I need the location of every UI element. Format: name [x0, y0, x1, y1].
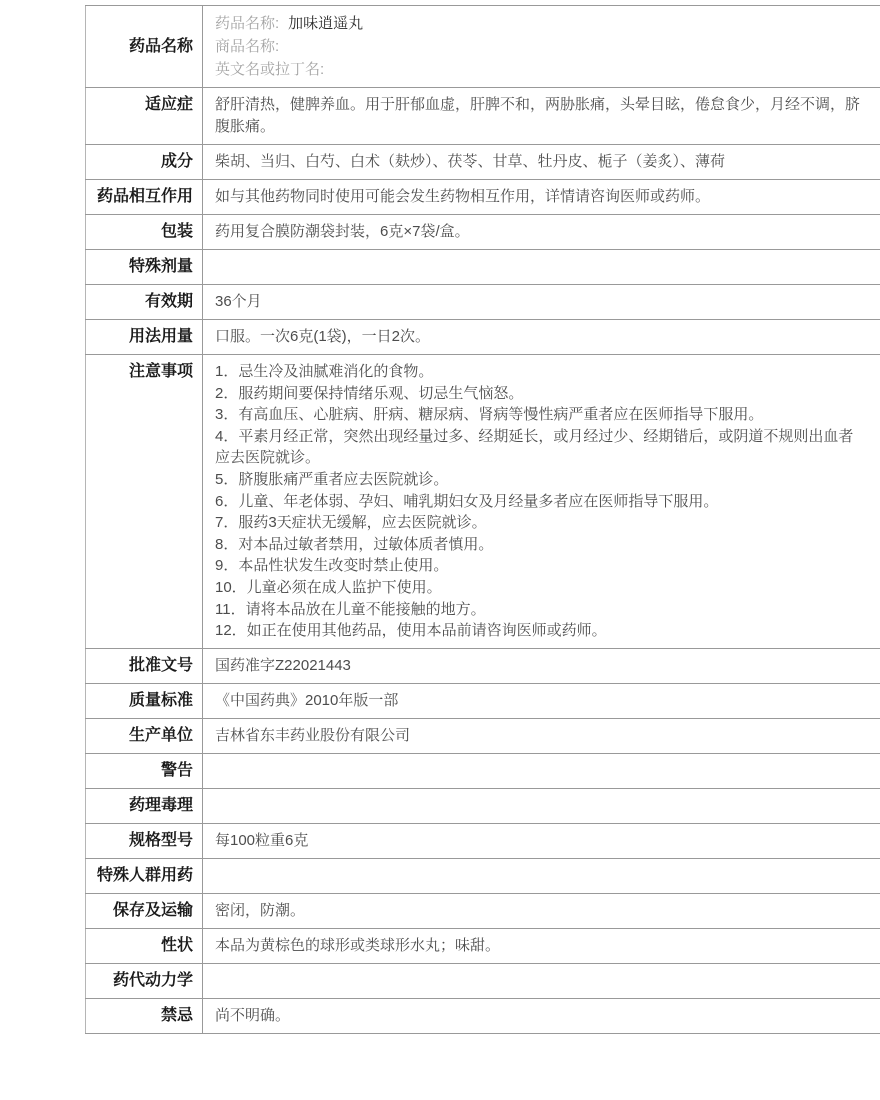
row-value: 药用复合膜防潮袋封装，6克×7袋/盒。 — [203, 215, 880, 250]
field-label: 药品名称: — [215, 15, 279, 32]
drug-info-table: 药品名称药品名称:加味逍遥丸商品名称:英文名或拉丁名:适应症舒肝清热，健脾养血。… — [85, 5, 880, 1034]
table-row: 特殊剂量 — [86, 250, 880, 285]
row-label: 药理毒理 — [86, 788, 203, 823]
row-value: 柴胡、当归、白芍、白术（麸炒）、茯苓、甘草、牡丹皮、栀子（姜炙）、薄荷 — [203, 145, 880, 180]
field-label: 英文名或拉丁名: — [215, 61, 324, 78]
notice-item: 9．本品性状发生改变时禁止使用。 — [215, 555, 868, 577]
row-label: 生产单位 — [86, 718, 203, 753]
table-row: 药品名称药品名称:加味逍遥丸商品名称:英文名或拉丁名: — [86, 6, 880, 88]
row-value — [203, 858, 880, 893]
table-row: 注意事项1．忌生冷及油腻难消化的食物。2．服药期间要保持情绪乐观、切忌生气恼怒。… — [86, 355, 880, 649]
row-label: 药品相互作用 — [86, 180, 203, 215]
table-row: 质量标准《中国药典》2010年版一部 — [86, 683, 880, 718]
row-label: 特殊人群用药 — [86, 858, 203, 893]
row-value: 密闭，防潮。 — [203, 893, 880, 928]
row-value — [203, 963, 880, 998]
row-value: 每100粒重6克 — [203, 823, 880, 858]
row-label: 适应症 — [86, 88, 203, 145]
row-label: 规格型号 — [86, 823, 203, 858]
notice-item: 7．服药3天症状无缓解，应去医院就诊。 — [215, 512, 868, 534]
table-row: 包装药用复合膜防潮袋封装，6克×7袋/盒。 — [86, 215, 880, 250]
row-label: 用法用量 — [86, 320, 203, 355]
row-label: 禁忌 — [86, 998, 203, 1033]
table-row: 保存及运输密闭，防潮。 — [86, 893, 880, 928]
row-value: 本品为黄棕色的球形或类球形水丸；味甜。 — [203, 928, 880, 963]
notice-item: 5．脐腹胀痛严重者应去医院就诊。 — [215, 469, 868, 491]
notice-item: 10．儿童必须在成人监护下使用。 — [215, 577, 868, 599]
field-label: 商品名称: — [215, 38, 279, 55]
drug-name-value: 加味逍遥丸 — [279, 15, 363, 32]
name-line: 商品名称: — [215, 35, 868, 58]
row-value: 吉林省东丰药业股份有限公司 — [203, 718, 880, 753]
row-label: 保存及运输 — [86, 893, 203, 928]
row-value: 药品名称:加味逍遥丸商品名称:英文名或拉丁名: — [203, 6, 880, 88]
row-value: 国药准字Z22021443 — [203, 648, 880, 683]
notice-item: 4．平素月经正常，突然出现经量过多、经期延长，或月经过少、经期错后，或阴道不规则… — [215, 426, 868, 469]
row-value: 1．忌生冷及油腻难消化的食物。2．服药期间要保持情绪乐观、切忌生气恼怒。3．有高… — [203, 355, 880, 649]
table-row: 禁忌尚不明确。 — [86, 998, 880, 1033]
row-label: 药代动力学 — [86, 963, 203, 998]
row-value: 《中国药典》2010年版一部 — [203, 683, 880, 718]
table-row: 特殊人群用药 — [86, 858, 880, 893]
notice-item: 8．对本品过敏者禁用，过敏体质者慎用。 — [215, 534, 868, 556]
row-value — [203, 753, 880, 788]
table-row: 规格型号每100粒重6克 — [86, 823, 880, 858]
drug-table-body: 药品名称药品名称:加味逍遥丸商品名称:英文名或拉丁名:适应症舒肝清热，健脾养血。… — [86, 6, 880, 1034]
row-label: 包装 — [86, 215, 203, 250]
row-label: 药品名称 — [86, 6, 203, 88]
table-row: 适应症舒肝清热，健脾养血。用于肝郁血虚，肝脾不和，两胁胀痛，头晕目眩，倦怠食少，… — [86, 88, 880, 145]
name-line: 药品名称:加味逍遥丸 — [215, 12, 868, 35]
row-value — [203, 788, 880, 823]
notice-item: 6．儿童、年老体弱、孕妇、哺乳期妇女及月经量多者应在医师指导下服用。 — [215, 491, 868, 513]
table-row: 警告 — [86, 753, 880, 788]
table-row: 药代动力学 — [86, 963, 880, 998]
row-label: 批准文号 — [86, 648, 203, 683]
table-row: 有效期36个月 — [86, 285, 880, 320]
row-value: 口服。一次6克(1袋)，一日2次。 — [203, 320, 880, 355]
row-label: 特殊剂量 — [86, 250, 203, 285]
notice-item: 3．有高血压、心脏病、肝病、糖尿病、肾病等慢性病严重者应在医师指导下服用。 — [215, 404, 868, 426]
row-label: 警告 — [86, 753, 203, 788]
table-row: 批准文号国药准字Z22021443 — [86, 648, 880, 683]
table-row: 生产单位吉林省东丰药业股份有限公司 — [86, 718, 880, 753]
row-label: 质量标准 — [86, 683, 203, 718]
table-row: 药品相互作用如与其他药物同时使用可能会发生药物相互作用，详情请咨询医师或药师。 — [86, 180, 880, 215]
notice-item: 2．服药期间要保持情绪乐观、切忌生气恼怒。 — [215, 383, 868, 405]
row-value: 舒肝清热，健脾养血。用于肝郁血虚，肝脾不和，两胁胀痛，头晕目眩，倦怠食少，月经不… — [203, 88, 880, 145]
row-label: 成分 — [86, 145, 203, 180]
table-row: 药理毒理 — [86, 788, 880, 823]
table-row: 性状本品为黄棕色的球形或类球形水丸；味甜。 — [86, 928, 880, 963]
name-line: 英文名或拉丁名: — [215, 58, 868, 81]
notice-item: 12．如正在使用其他药品，使用本品前请咨询医师或药师。 — [215, 620, 868, 642]
row-label: 性状 — [86, 928, 203, 963]
row-label: 有效期 — [86, 285, 203, 320]
table-row: 用法用量口服。一次6克(1袋)，一日2次。 — [86, 320, 880, 355]
row-value: 尚不明确。 — [203, 998, 880, 1033]
notice-item: 1．忌生冷及油腻难消化的食物。 — [215, 361, 868, 383]
row-label: 注意事项 — [86, 355, 203, 649]
table-row: 成分柴胡、当归、白芍、白术（麸炒）、茯苓、甘草、牡丹皮、栀子（姜炙）、薄荷 — [86, 145, 880, 180]
row-value: 36个月 — [203, 285, 880, 320]
notice-item: 11．请将本品放在儿童不能接触的地方。 — [215, 599, 868, 621]
row-value — [203, 250, 880, 285]
row-value: 如与其他药物同时使用可能会发生药物相互作用，详情请咨询医师或药师。 — [203, 180, 880, 215]
